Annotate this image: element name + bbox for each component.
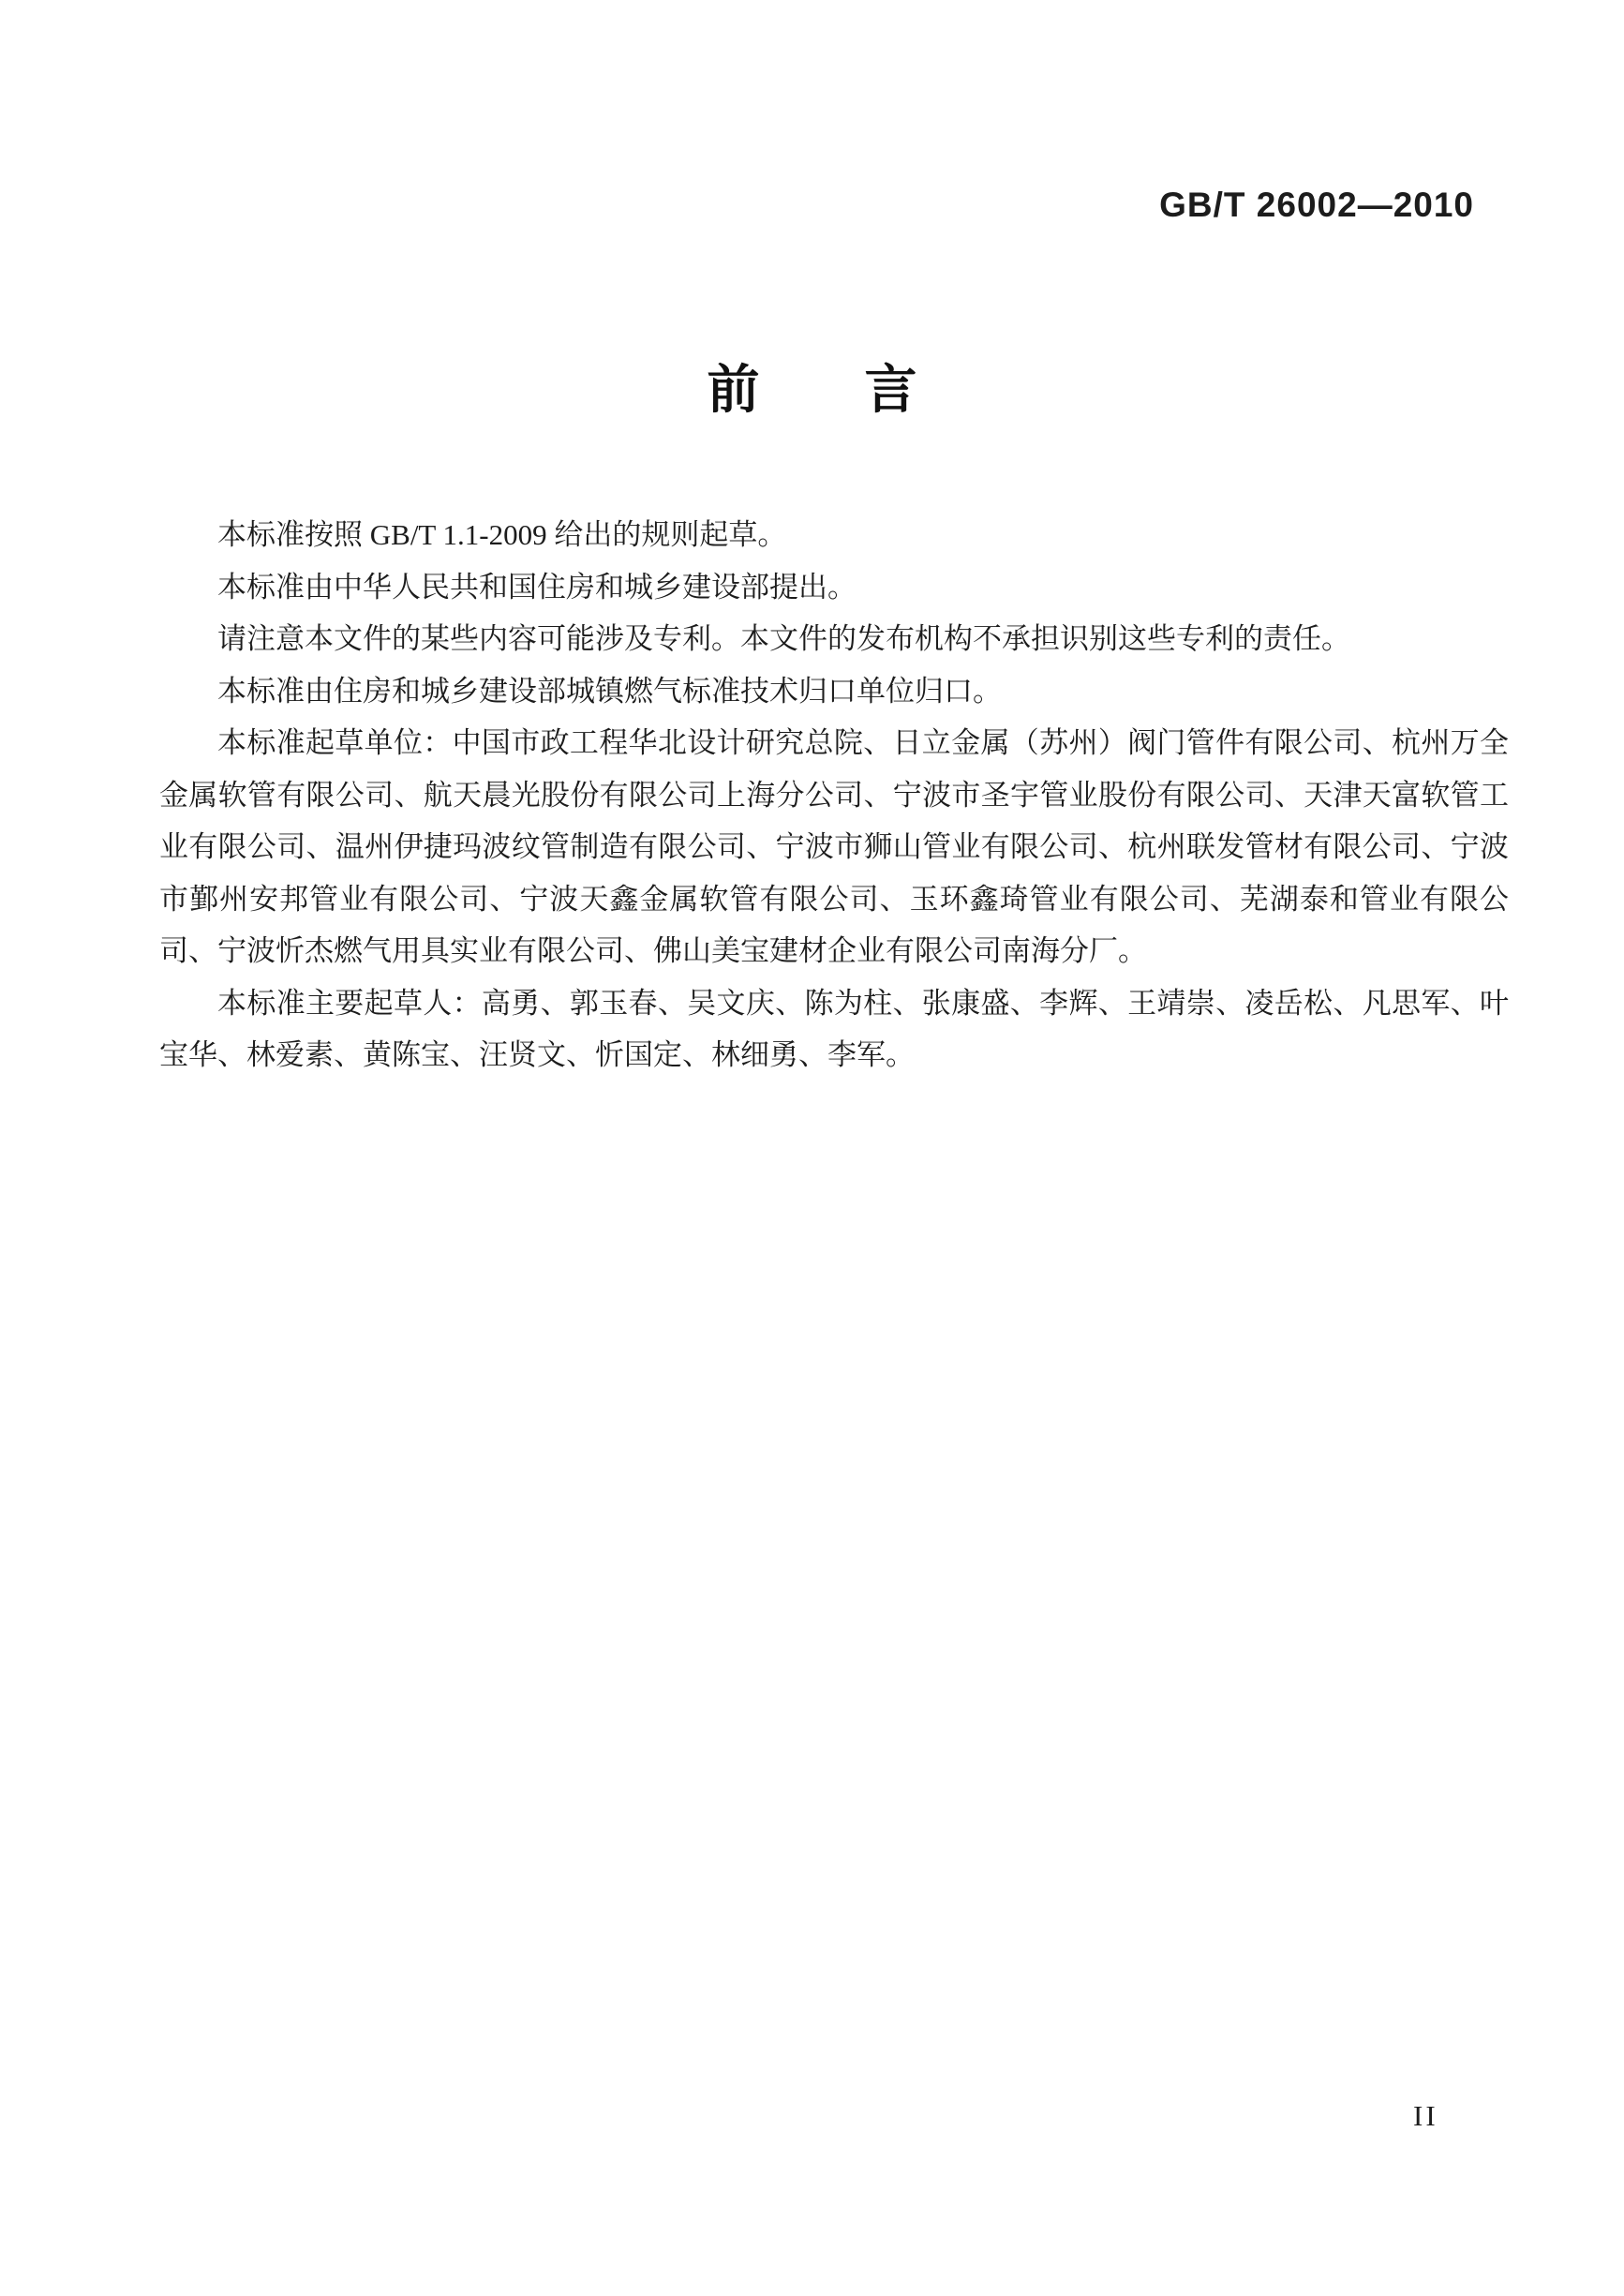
document-page: GB/T 26002—2010 前 言 本标准按照 GB/T 1.1-2009 … [0, 0, 1624, 2296]
page-number: II [1413, 2099, 1438, 2133]
foreword-body: 本标准按照 GB/T 1.1-2009 给出的规则起草。 本标准由中华人民共和国… [159, 509, 1509, 1081]
foreword-paragraph-main-drafters: 本标准主要起草人：高勇、郭玉春、吴文庆、陈为柱、张康盛、李辉、王靖崇、凌岳松、凡… [159, 977, 1509, 1081]
foreword-paragraph-drafting-rule: 本标准按照 GB/T 1.1-2009 给出的规则起草。 [159, 509, 1509, 561]
standard-code-header: GB/T 26002—2010 [1159, 186, 1474, 225]
foreword-paragraph-patent-notice: 请注意本文件的某些内容可能涉及专利。本文件的发布机构不承担识别这些专利的责任。 [159, 613, 1509, 665]
foreword-paragraph-proposed-by: 本标准由中华人民共和国住房和城乡建设部提出。 [159, 561, 1509, 614]
foreword-paragraph-centralized-by: 本标准由住房和城乡建设部城镇燃气标准技术归口单位归口。 [159, 665, 1509, 718]
foreword-title: 前 言 [0, 349, 1624, 424]
foreword-paragraph-drafting-organizations: 本标准起草单位：中国市政工程华北设计研究总院、日立金属（苏州）阀门管件有限公司、… [159, 717, 1509, 977]
